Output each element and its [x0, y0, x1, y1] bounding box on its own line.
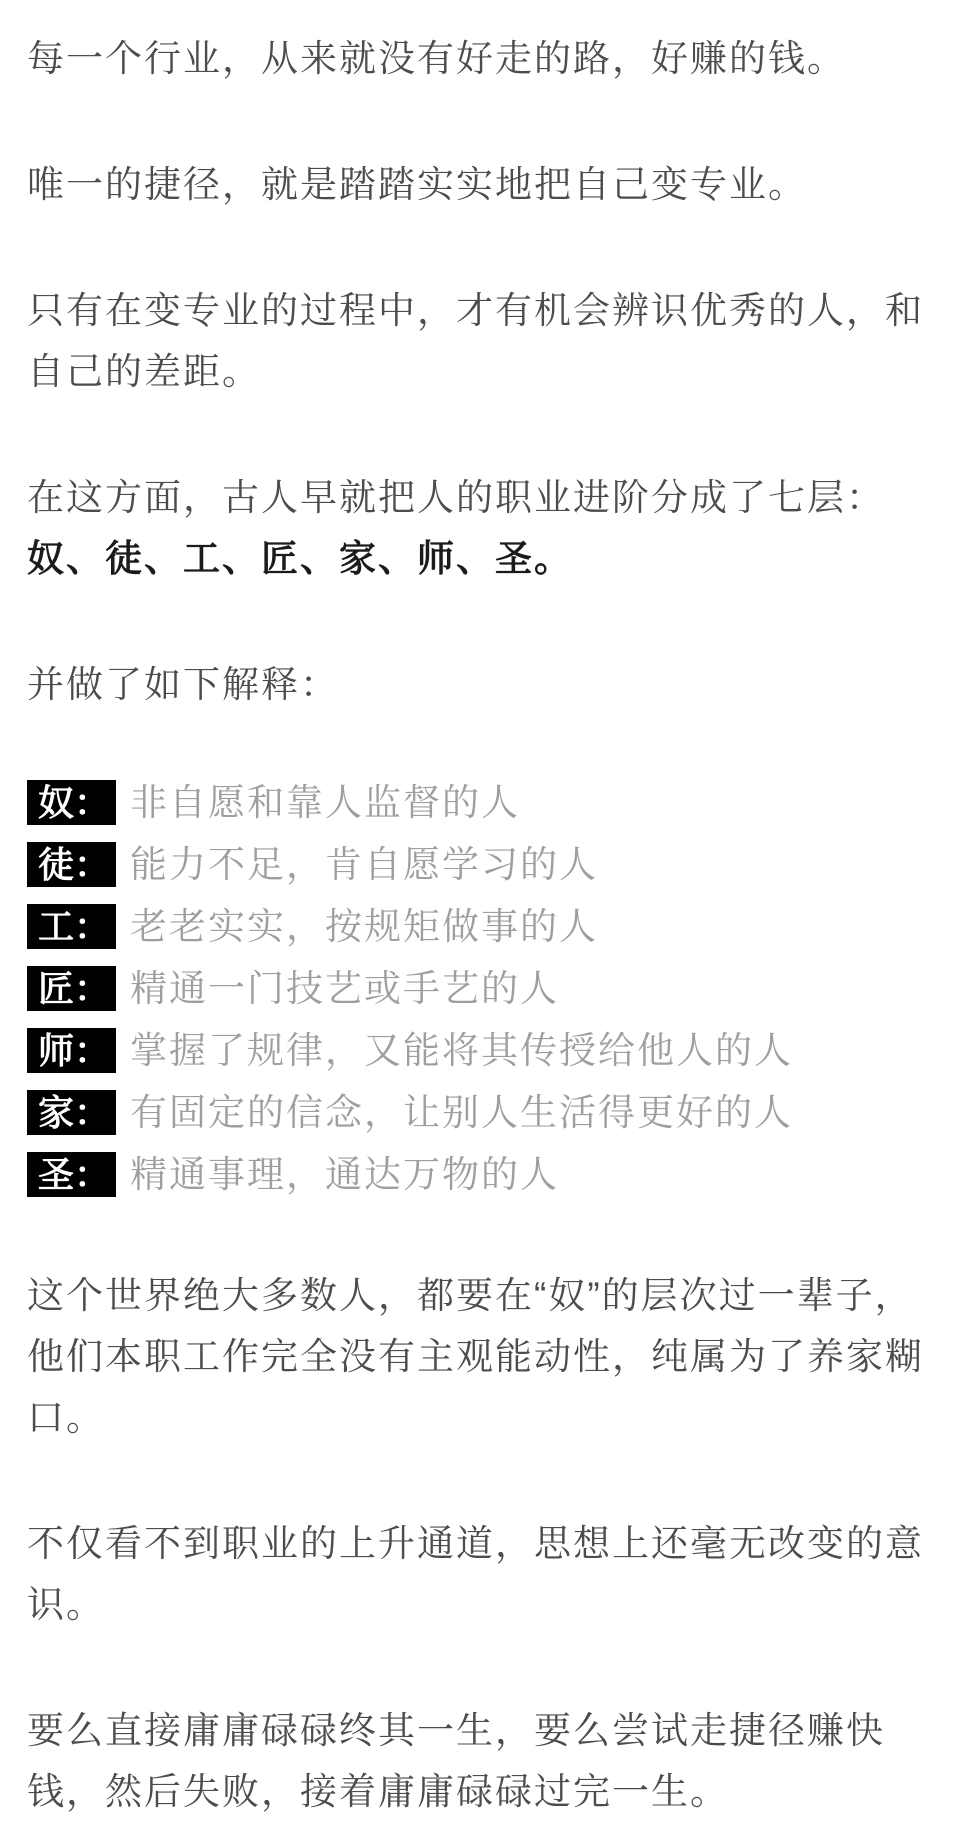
seven-levels-intro-text: 在这方面，古人早就把人的职业进阶分成了七层：	[27, 477, 885, 518]
paragraph-shortcut: 唯一的捷径，就是踏踏实实地把自己变专业。	[27, 154, 950, 215]
list-item: 匠： 精通一门技艺或手艺的人	[27, 966, 950, 1011]
list-item: 工： 老老实实，按规矩做事的人	[27, 904, 950, 949]
level-label-chip: 工：	[27, 904, 116, 949]
list-item: 家： 有固定的信念，让别人生活得更好的人	[27, 1090, 950, 1135]
list-item: 师： 掌握了规律，又能将其传授给他人的人	[27, 1028, 950, 1073]
paragraph-explanation-intro: 并做了如下解释：	[27, 654, 950, 715]
level-description: 有固定的信念，让别人生活得更好的人	[130, 1090, 793, 1135]
paragraph-industry: 每一个行业，从来就没有好走的路，好赚的钱。	[27, 28, 950, 89]
paragraph-mediocre-life: 要么直接庸庸碌碌终其一生，要么尝试走捷径赚快钱，然后失败，接着庸庸碌碌过完一生。	[27, 1700, 950, 1822]
list-item: 奴： 非自愿和靠人监督的人	[27, 780, 950, 825]
paragraph-seven-levels: 在这方面，古人早就把人的职业进阶分成了七层：奴、徒、工、匠、家、师、圣。	[27, 467, 950, 589]
level-label-chip: 师：	[27, 1028, 116, 1073]
level-description: 老老实实，按规矩做事的人	[130, 904, 598, 949]
level-description: 非自愿和靠人监督的人	[130, 780, 520, 825]
level-description: 精通事理，通达万物的人	[130, 1152, 559, 1197]
level-label-chip: 徒：	[27, 842, 116, 887]
level-description: 精通一门技艺或手艺的人	[130, 966, 559, 1011]
levels-list: 奴： 非自愿和靠人监督的人 徒： 能力不足，肯自愿学习的人 工： 老老实实，按规…	[27, 780, 950, 1197]
level-label-chip: 匠：	[27, 966, 116, 1011]
level-label-chip: 家：	[27, 1090, 116, 1135]
level-description: 掌握了规律，又能将其传授给他人的人	[130, 1028, 793, 1073]
level-label-chip: 奴：	[27, 780, 116, 825]
paragraph-gap: 只有在变专业的过程中，才有机会辨识优秀的人，和自己的差距。	[27, 280, 950, 402]
level-label-chip: 圣：	[27, 1152, 116, 1197]
list-item: 徒： 能力不足，肯自愿学习的人	[27, 842, 950, 887]
paragraph-slave-level: 这个世界绝大多数人，都要在“奴”的层次过一辈子，他们本职工作完全没有主观能动性，…	[27, 1265, 950, 1448]
level-description: 能力不足，肯自愿学习的人	[130, 842, 598, 887]
article-body: 每一个行业，从来就没有好走的路，好赚的钱。 唯一的捷径，就是踏踏实实地把自己变专…	[0, 0, 978, 1842]
seven-levels-sequence-bold: 奴、徒、工、匠、家、师、圣。	[27, 528, 950, 589]
list-item: 圣： 精通事理，通达万物的人	[27, 1152, 950, 1197]
paragraph-no-upward-path: 不仅看不到职业的上升通道，思想上还毫无改变的意识。	[27, 1513, 950, 1635]
